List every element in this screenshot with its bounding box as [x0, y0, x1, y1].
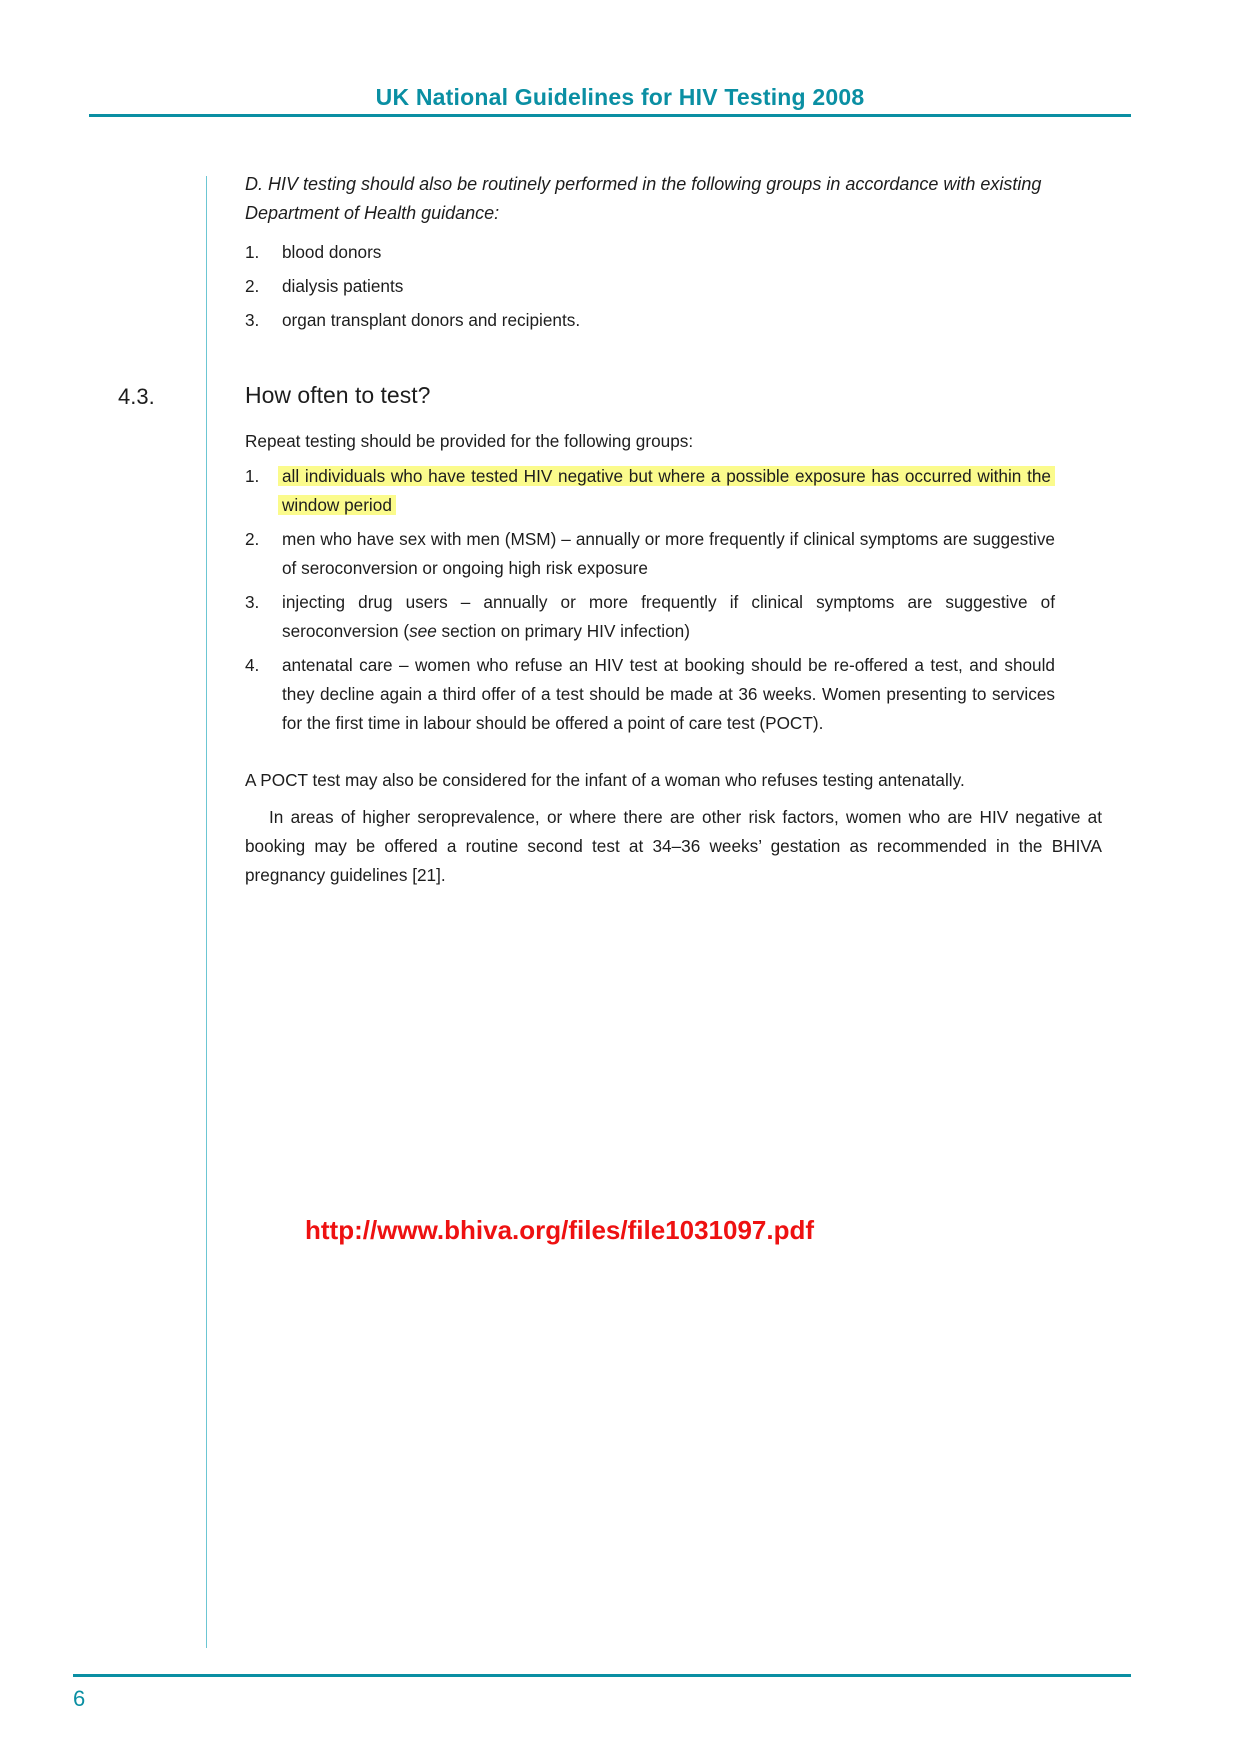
list-number: 4. [245, 651, 259, 680]
list-item-highlighted: 1.all individuals who have tested HIV ne… [245, 462, 1055, 520]
list-item: 1.blood donors [245, 238, 1065, 267]
list-item: 3.organ transplant donors and recipients… [245, 306, 1065, 335]
section-intro: Repeat testing should be provided for th… [245, 427, 693, 456]
list-number: 3. [245, 306, 259, 335]
list-number: 2. [245, 272, 259, 301]
header-divider [89, 114, 1131, 117]
list-text: antenatal care – women who refuse an HIV… [282, 655, 1055, 733]
margin-rule [206, 176, 207, 1648]
list-text: section on primary HIV infection) [437, 621, 690, 641]
page-number: 6 [73, 1686, 85, 1712]
list-text: men who have sex with men (MSM) – annual… [282, 529, 1055, 578]
list-text-italic: see [409, 621, 437, 641]
list-number: 1. [245, 462, 259, 491]
repeat-testing-list: 1.all individuals who have tested HIV ne… [245, 462, 1055, 743]
list-number: 1. [245, 238, 259, 267]
list-text: blood donors [282, 242, 381, 262]
section-d-intro: D. HIV testing should also be routinely … [245, 170, 1095, 228]
list-number: 2. [245, 525, 259, 554]
list-text: dialysis patients [282, 276, 403, 296]
list-item: 3.injecting drug users – annually or mor… [245, 588, 1055, 646]
highlighted-text: all individuals who have tested HIV nega… [278, 466, 1055, 515]
section-d-list: 1.blood donors 2.dialysis patients 3.org… [245, 238, 1065, 340]
source-url-link[interactable]: http://www.bhiva.org/files/file1031097.p… [305, 1215, 814, 1246]
list-item: 4.antenatal care – women who refuse an H… [245, 651, 1055, 738]
list-text: organ transplant donors and recipients. [282, 310, 580, 330]
poct-paragraph: A POCT test may also be considered for t… [245, 766, 1105, 795]
list-item: 2.men who have sex with men (MSM) – annu… [245, 525, 1055, 583]
list-number: 3. [245, 588, 259, 617]
running-header-title: UK National Guidelines for HIV Testing 2… [0, 84, 1240, 111]
list-item: 2.dialysis patients [245, 272, 1065, 301]
seroprevalence-paragraph: In areas of higher seroprevalence, or wh… [245, 803, 1102, 890]
section-title: How often to test? [245, 382, 430, 409]
section-number: 4.3. [118, 384, 155, 410]
footer-divider [73, 1674, 1131, 1677]
